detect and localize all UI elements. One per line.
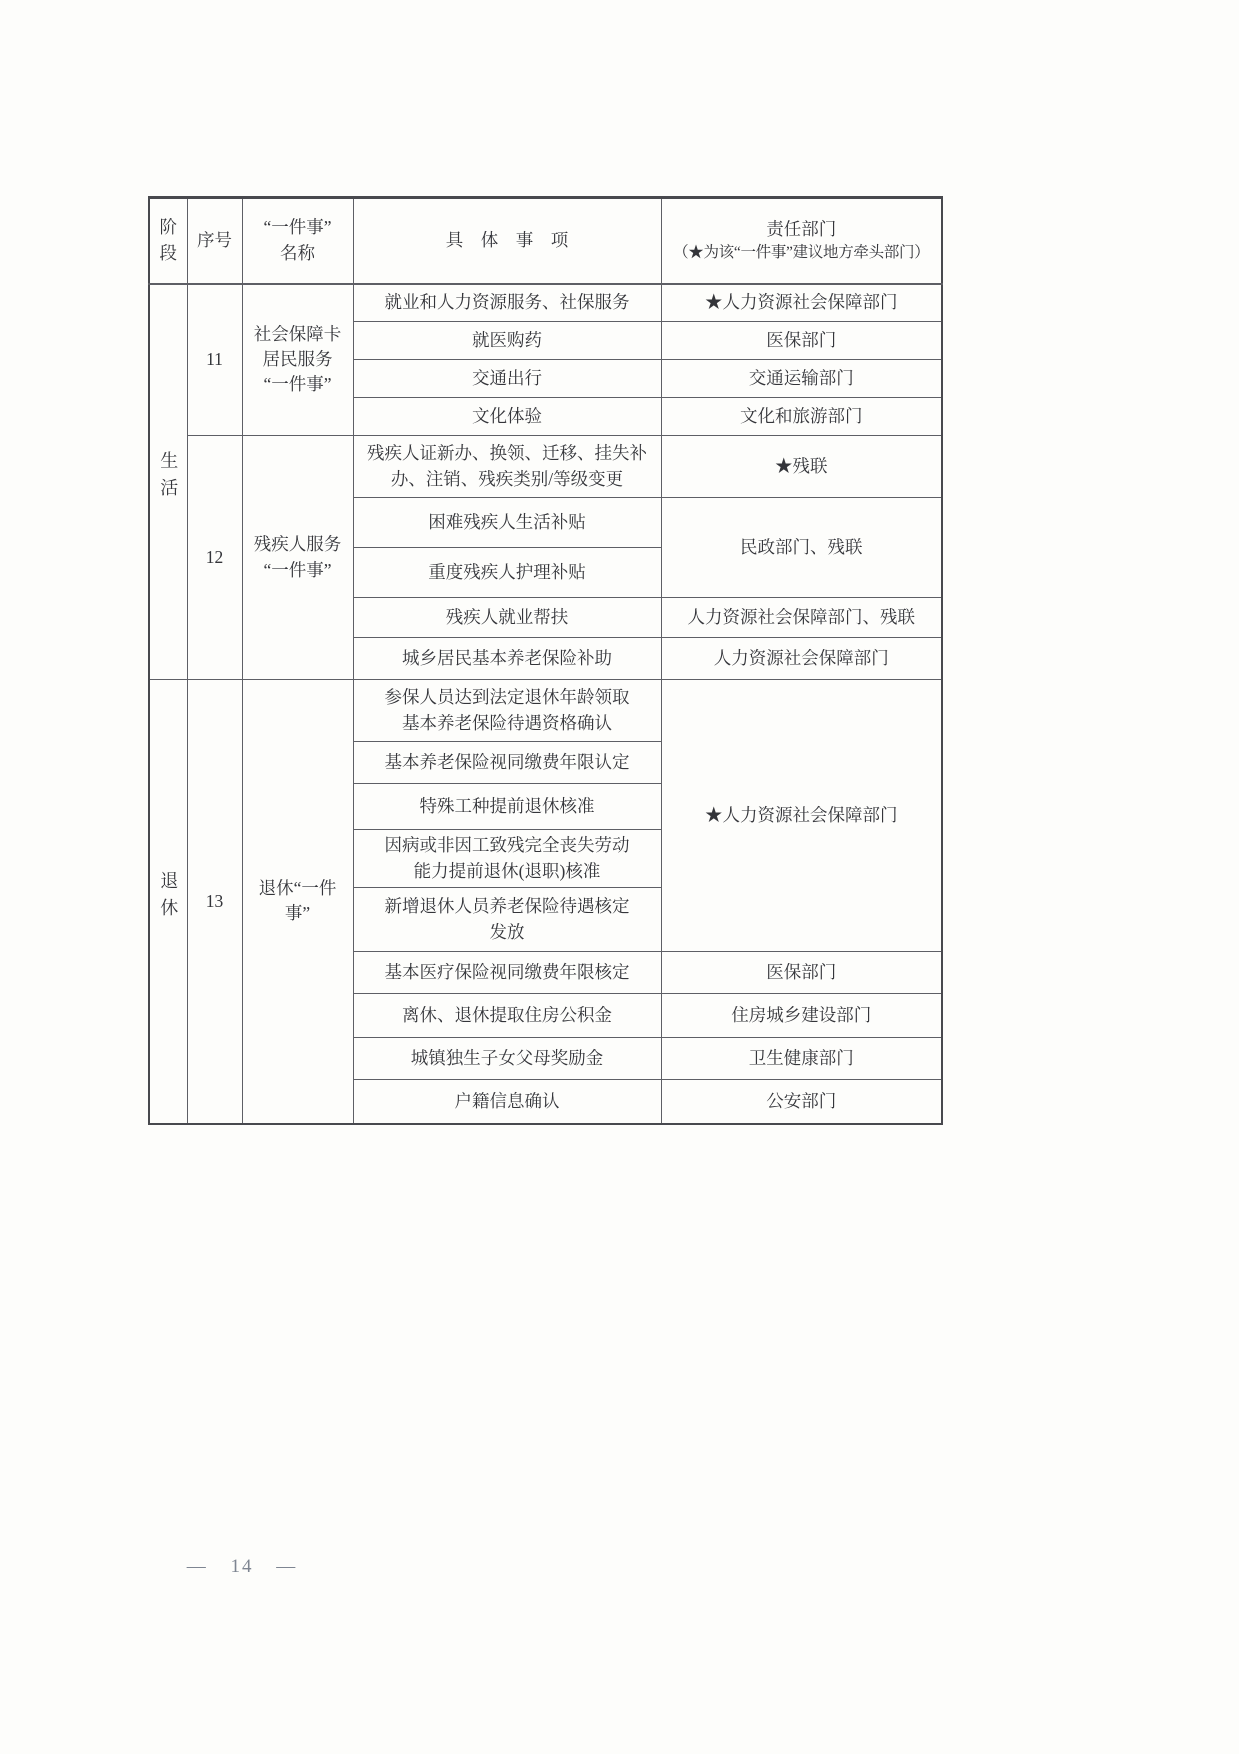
stage-cell: 生活 <box>149 284 187 680</box>
item-cell: 城镇独生子女父母奖励金 <box>353 1038 661 1080</box>
item-cell: 基本医疗保险视同缴费年限核定 <box>353 952 661 994</box>
header-name-line1: “一件事” <box>247 215 349 240</box>
header-serial: 序号 <box>187 198 242 284</box>
stage-label: 退休 <box>155 871 181 925</box>
serial-cell: 13 <box>187 680 242 1124</box>
header-stage: 阶段 <box>149 198 187 284</box>
table-header-row: 阶段 序号 “一件事” 名称 具 体 事 项 责任部门 （★为该“一件事”建议地… <box>149 198 942 284</box>
item-cell: 就业和人力资源服务、社保服务 <box>353 284 661 322</box>
dept-cell: ★人力资源社会保障部门 <box>661 680 942 952</box>
header-dept-line1: 责任部门 <box>666 217 938 242</box>
one-thing-services-table: 阶段 序号 “一件事” 名称 具 体 事 项 责任部门 （★为该“一件事”建议地… <box>148 196 943 1125</box>
item-cell: 户籍信息确认 <box>353 1080 661 1124</box>
header-name-line2: 名称 <box>247 241 349 266</box>
item-cell: 特殊工种提前退休核准 <box>353 784 661 830</box>
name-cell: 退休“一件事” <box>242 680 353 1124</box>
item-cell: 因病或非因工致残完全丧失劳动 能力提前退休(退职)核准 <box>353 830 661 888</box>
dept-cell: 公安部门 <box>661 1080 942 1124</box>
dept-cell: 交通运输部门 <box>661 360 942 398</box>
name-cell: 残疾人服务 “一件事” <box>242 436 353 680</box>
item-cell: 新增退休人员养老保险待遇核定 发放 <box>353 888 661 952</box>
table-row: 退休 13 退休“一件事” 参保人员达到法定退休年龄领取 基本养老保险待遇资格确… <box>149 680 942 742</box>
table-row: 生活 11 社会保障卡 居民服务 “一件事” 就业和人力资源服务、社保服务 ★人… <box>149 284 942 322</box>
stage-label: 生活 <box>155 451 181 505</box>
item-cell: 残疾人就业帮扶 <box>353 598 661 638</box>
item-cell: 城乡居民基本养老保险补助 <box>353 638 661 680</box>
document-page: 阶段 序号 “一件事” 名称 具 体 事 项 责任部门 （★为该“一件事”建议地… <box>0 0 1239 1754</box>
header-dept: 责任部门 （★为该“一件事”建议地方牵头部门） <box>661 198 942 284</box>
item-cell: 离休、退休提取住房公积金 <box>353 994 661 1038</box>
dept-cell: 医保部门 <box>661 322 942 360</box>
dept-cell: ★残联 <box>661 436 942 498</box>
item-cell: 参保人员达到法定退休年龄领取 基本养老保险待遇资格确认 <box>353 680 661 742</box>
header-items: 具 体 事 项 <box>353 198 661 284</box>
dept-cell: ★人力资源社会保障部门 <box>661 284 942 322</box>
dept-cell: 卫生健康部门 <box>661 1038 942 1080</box>
dept-cell: 人力资源社会保障部门、残联 <box>661 598 942 638</box>
name-cell: 社会保障卡 居民服务 “一件事” <box>242 284 353 436</box>
item-cell: 就医购药 <box>353 322 661 360</box>
item-cell: 基本养老保险视同缴费年限认定 <box>353 742 661 784</box>
dept-cell: 医保部门 <box>661 952 942 994</box>
dept-cell: 民政部门、残联 <box>661 498 942 598</box>
item-cell: 重度残疾人护理补贴 <box>353 548 661 598</box>
item-cell: 文化体验 <box>353 398 661 436</box>
item-cell: 残疾人证新办、换领、迁移、挂失补 办、注销、残疾类别/等级变更 <box>353 436 661 498</box>
serial-cell: 12 <box>187 436 242 680</box>
serial-cell: 11 <box>187 284 242 436</box>
item-cell: 困难残疾人生活补贴 <box>353 498 661 548</box>
header-dept-line2: （★为该“一件事”建议地方牵头部门） <box>666 242 938 264</box>
header-name: “一件事” 名称 <box>242 198 353 284</box>
item-cell: 交通出行 <box>353 360 661 398</box>
dept-cell: 文化和旅游部门 <box>661 398 942 436</box>
page-number: — 14 — <box>152 1556 332 1578</box>
dept-cell: 人力资源社会保障部门 <box>661 638 942 680</box>
stage-cell: 退休 <box>149 680 187 1124</box>
table-row: 12 残疾人服务 “一件事” 残疾人证新办、换领、迁移、挂失补 办、注销、残疾类… <box>149 436 942 498</box>
dept-cell: 住房城乡建设部门 <box>661 994 942 1038</box>
